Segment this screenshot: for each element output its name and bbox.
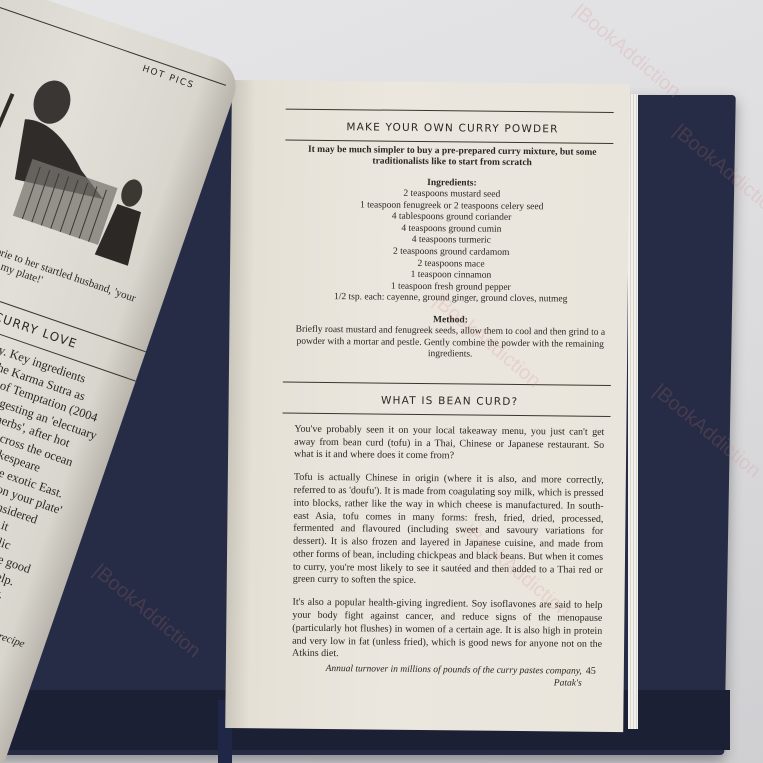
right-page: MAKE YOUR OWN CURRY POWDER It may be muc… — [225, 80, 630, 732]
body-paragraph: It's also a popular health-giving ingred… — [292, 597, 603, 664]
ingredients-list: 2 teaspoons mustard seed 1 teaspoon fenu… — [296, 188, 607, 307]
section-header-curry-powder: MAKE YOUR OWN CURRY POWDER — [297, 109, 607, 144]
section-title: WHAT IS BEAN CURD? — [381, 394, 518, 407]
page-block-edge — [628, 94, 638, 729]
ingredient-item: 1/2 tsp. each: cayenne, ground ginger, g… — [296, 292, 606, 307]
book-photo: MAKE YOUR OWN CURRY POWDER It may be muc… — [0, 0, 763, 763]
section-title: MAKE YOUR OWN CURRY POWDER — [346, 121, 558, 135]
body-paragraph: You've probably seen it on your local ta… — [294, 423, 604, 465]
section-header-bean-curd: WHAT IS BEAN CURD? — [295, 381, 605, 416]
method-text: Briefly roast mustard and fenugreek seed… — [295, 325, 605, 363]
recipe-intro: It may be much simpler to buy a pre-prep… — [297, 145, 607, 170]
body-paragraph: Tofu is actually Chinese in origin (wher… — [293, 472, 604, 590]
running-head: HOT PICS — [141, 64, 196, 91]
page-number: 45 — [586, 666, 596, 677]
footer-note: Annual turnover in millions of pounds of… — [312, 663, 582, 690]
